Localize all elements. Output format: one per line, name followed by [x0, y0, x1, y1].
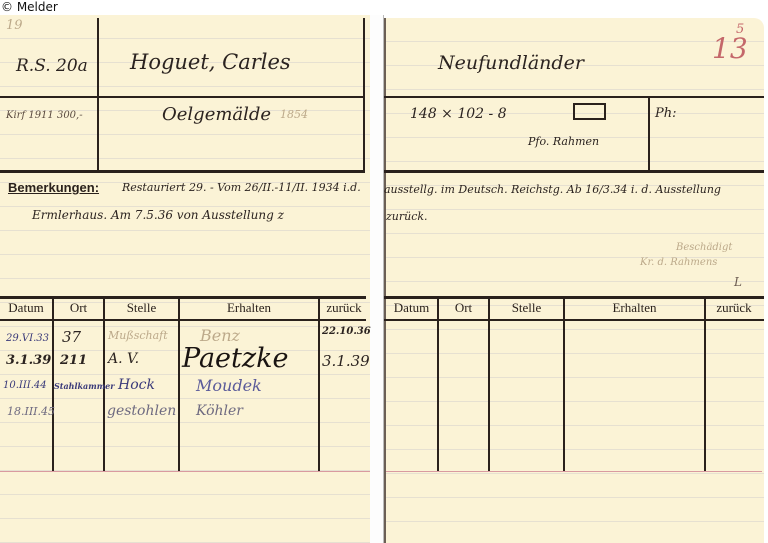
row2-datum: 3.1.39 [6, 353, 51, 368]
right-col-header-ort: Ort [439, 298, 488, 320]
corner-number: 19 [6, 18, 23, 33]
left-table-bottom-rule [0, 471, 370, 472]
right-table-bottom-rule [386, 471, 762, 472]
frame-note: Pfo. Rahmen [528, 135, 599, 148]
right-row-divider-1 [384, 96, 764, 98]
catalog-card-front [0, 15, 370, 543]
pencil-initial: L [734, 275, 742, 289]
row2-erhalten: Paetzke [182, 343, 288, 374]
row2-stelle: A. V. [108, 351, 139, 367]
remarks-line-1-left: Restauriert 29. - Vom 26/II.-11/II. 1934… [122, 181, 361, 194]
right-col-divider-2 [488, 296, 490, 472]
row1-ort: 37 [62, 328, 81, 346]
row4-stelle: gestohlen [107, 403, 176, 419]
remarks-line-2-right: zurück. [386, 210, 428, 223]
photo-label: Ph: [655, 106, 677, 121]
right-col-divider-1 [437, 296, 439, 472]
right-col-header-datum: Datum [386, 298, 437, 320]
signature-code: R.S. 20a [16, 56, 88, 76]
row1-stelle: Mußschaft [108, 329, 168, 342]
col-header-stelle: Stelle [105, 298, 178, 320]
left-col-divider-3 [178, 296, 180, 472]
left-header-divider [97, 18, 99, 171]
col-header-ort: Ort [54, 298, 103, 320]
right-col-divider-3 [563, 296, 565, 472]
remarks-line-1-right: ausstellg. im Deutsch. Reichstg. Ab 16/3… [384, 183, 721, 196]
row3-ort: Stahlkammer [54, 381, 114, 391]
copyright-watermark: © Melder [1, 0, 60, 15]
artwork-title: Neufundländer [438, 52, 584, 74]
right-row-divider-2 [384, 170, 764, 173]
row2-ort: 211 [60, 353, 87, 368]
right-col-divider-4 [704, 296, 706, 472]
left-row-divider-2 [0, 170, 365, 173]
left-col-divider-4 [318, 296, 320, 472]
col-header-datum: Datum [0, 298, 52, 320]
left-card-right-rule [363, 18, 365, 171]
pencil-note-line-1: Beschädigt [676, 242, 732, 253]
card-gap [370, 15, 384, 543]
col-header-erhalten: Erhalten [180, 298, 318, 320]
row3-datum: 10.III.44 [3, 380, 47, 391]
left-row-divider-1 [0, 96, 365, 98]
row3-erhalten: Moudek [196, 376, 262, 395]
right-photo-divider [648, 96, 650, 172]
row3-stelle: Hock [118, 377, 155, 393]
medium-year: 1854 [280, 108, 308, 121]
right-col-header-stelle: Stelle [490, 298, 563, 320]
row4-datum: 18.III.45 [7, 405, 55, 418]
right-col-header-zurueck: zurück [706, 298, 762, 320]
dimensions: 148 × 102 - 8 [410, 106, 507, 122]
row4-erhalten: Köhler [196, 403, 243, 419]
stamp-box [573, 103, 606, 120]
row2-zurueck: 3.1.39 [322, 352, 370, 370]
right-col-header-erhalten: Erhalten [565, 298, 704, 320]
col-header-zurueck: zurück [320, 298, 368, 320]
artist-name: Hoguet, Carles [130, 50, 291, 74]
medium: Oelgemälde [162, 104, 271, 125]
row1-zurueck: 22.10.36 [322, 326, 371, 337]
remarks-label: Bemerkungen: [8, 180, 99, 195]
remarks-line-2-left: Ermlerhaus. Am 7.5.36 von Ausstellung z [32, 208, 284, 222]
row1-datum: 29.VI.33 [6, 333, 49, 344]
inventory-superscript: 5 [736, 22, 744, 37]
acquisition-note: Kirf 1911 300,- [6, 110, 83, 121]
pencil-note-line-2: Kr. d. Rahmens [640, 257, 717, 268]
